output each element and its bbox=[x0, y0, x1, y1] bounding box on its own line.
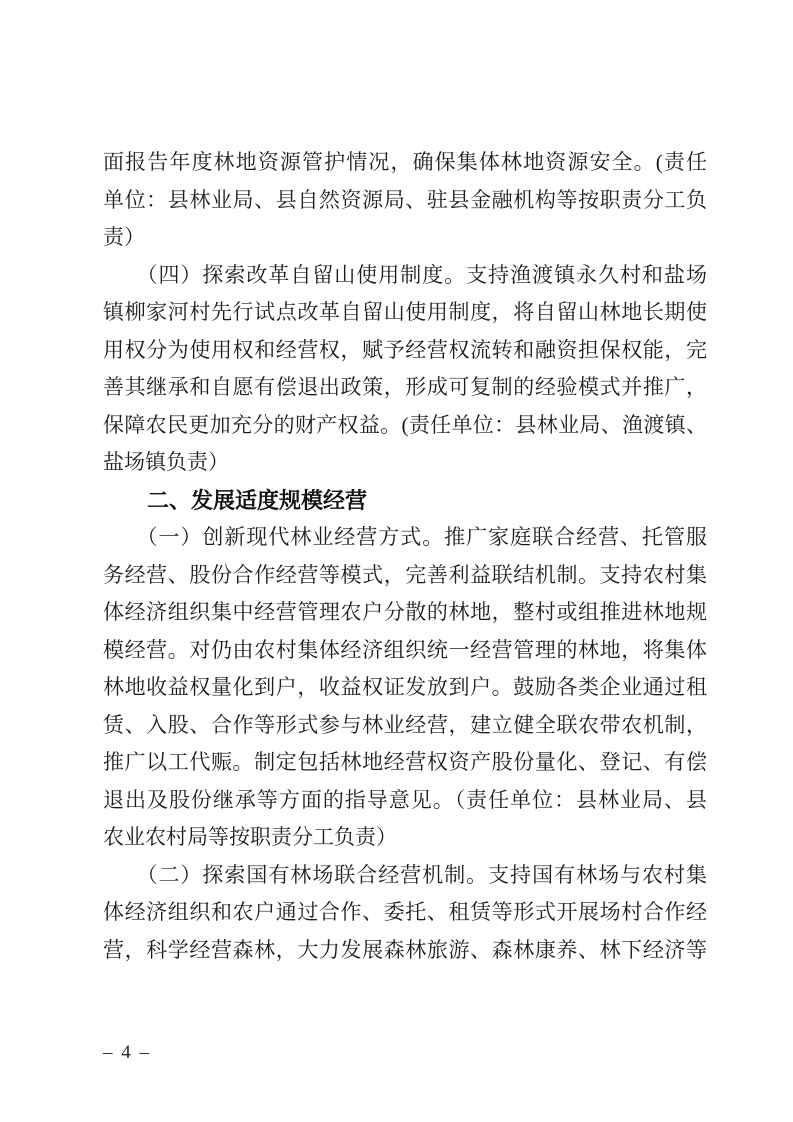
text-line: 体经济组织和农户通过合作、委托、租赁等形式开展场村合作经 bbox=[103, 894, 707, 932]
text-line: 镇柳家河村先行试点改革自留山使用制度，将自留山林地长期使 bbox=[103, 294, 707, 332]
text-line: 务经营、股份合作经营等模式，完善利益联结机制。支持农村集 bbox=[103, 557, 707, 595]
text-line: 赁、入股、合作等形式参与林业经营，建立健全联农带农机制， bbox=[103, 707, 707, 745]
section-heading: 二、发展适度规模经营 bbox=[103, 482, 707, 520]
document-content: 面报告年度林地资源管护情况，确保集体林地资源安全。(责任单位：县林业局、县自然资… bbox=[103, 144, 707, 969]
text-line: 保障农民更加充分的财产权益。(责任单位：县林业局、渔渡镇、 bbox=[103, 407, 707, 445]
text-line: （二）探索国有林场联合经营机制。支持国有林场与农村集 bbox=[103, 857, 707, 895]
text-line: （一）创新现代林业经营方式。推广家庭联合经营、托管服 bbox=[103, 519, 707, 557]
text-line: 退出及股份继承等方面的指导意见。（责任单位：县林业局、县 bbox=[103, 782, 707, 820]
document-page: 面报告年度林地资源管护情况，确保集体林地资源安全。(责任单位：县林业局、县自然资… bbox=[0, 0, 793, 1122]
text-line: 推广以工代赈。制定包括林地经营权资产股份量化、登记、有偿 bbox=[103, 744, 707, 782]
text-line: 模经营。对仍由农村集体经济组织统一经营管理的林地，将集体 bbox=[103, 632, 707, 670]
text-line: 责） bbox=[103, 219, 707, 257]
text-line: 面报告年度林地资源管护情况，确保集体林地资源安全。(责任 bbox=[103, 144, 707, 182]
text-line: 单位：县林业局、县自然资源局、驻县金融机构等按职责分工负 bbox=[103, 182, 707, 220]
text-line: （四）探索改革自留山使用制度。支持渔渡镇永久村和盐场 bbox=[103, 257, 707, 295]
text-line: 营，科学经营森林，大力发展森林旅游、森林康养、林下经济等 bbox=[103, 932, 707, 970]
text-line: 盐场镇负责） bbox=[103, 444, 707, 482]
page-footer: – 4 – bbox=[103, 1038, 707, 1068]
text-line: 善其继承和自愿有偿退出政策，形成可复制的经验模式并推广， bbox=[103, 369, 707, 407]
text-line: 林地收益权量化到户，收益权证发放到户。鼓励各类企业通过租 bbox=[103, 669, 707, 707]
text-line: 用权分为使用权和经营权，赋予经营权流转和融资担保权能，完 bbox=[103, 332, 707, 370]
text-line: 农业农村局等按职责分工负责） bbox=[103, 819, 707, 857]
page-number: – 4 – bbox=[103, 1042, 151, 1063]
text-line: 体经济组织集中经营管理农户分散的林地，整村或组推进林地规 bbox=[103, 594, 707, 632]
